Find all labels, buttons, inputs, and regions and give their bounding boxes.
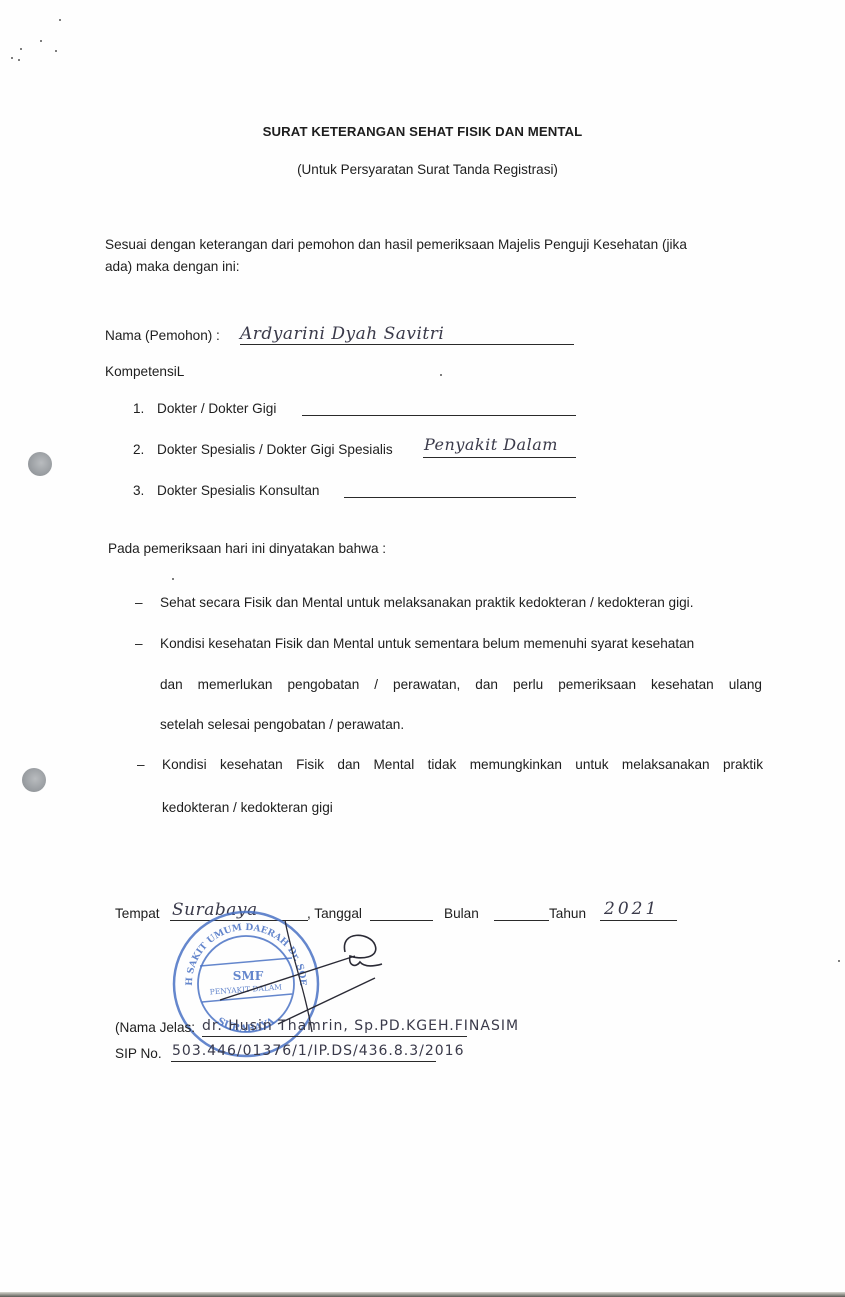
scan-speck — [59, 19, 61, 21]
intro-line-1: Sesuai dengan keterangan dari pemohon da… — [105, 237, 687, 252]
place-label: Tempat — [115, 906, 160, 921]
scanned-document-page: SURAT KETERANGAN SEHAT FISIK DAN MENTAL … — [0, 0, 845, 1297]
scan-speck — [18, 59, 20, 61]
document-title: SURAT KETERANGAN SEHAT FISIK DAN MENTAL — [0, 124, 845, 139]
competency-3-label: Dokter Spesialis Konsultan — [157, 483, 319, 498]
statement-2-line-2: dan memerlukan pengobatan / perawatan, d… — [160, 677, 762, 692]
year-underline — [600, 920, 677, 921]
document-subtitle: (Untuk Persyaratan Surat Tanda Registras… — [0, 162, 845, 177]
competency-3-number: 3. — [133, 483, 144, 498]
statement-1-line-1: Sehat secara Fisik dan Mental untuk mela… — [160, 595, 693, 610]
scan-speck — [11, 57, 13, 59]
scan-speck — [440, 374, 442, 376]
statement-2-bullet: – — [135, 636, 143, 651]
competency-1-label: Dokter / Dokter Gigi — [157, 401, 276, 416]
scan-speck — [20, 48, 22, 50]
statement-3-bullet: – — [137, 757, 145, 772]
competency-2-number: 2. — [133, 442, 144, 457]
intro-line-2: ada) maka dengan ini: — [105, 259, 240, 274]
scan-speck — [172, 578, 174, 580]
scan-speck — [55, 50, 57, 52]
competency-label: KompetensiL — [105, 364, 184, 379]
punch-hole — [28, 452, 52, 476]
statement-2-line-3: setelah selesai pengobatan / perawatan. — [160, 717, 404, 732]
competency-2-field[interactable]: Penyakit Dalam — [424, 435, 558, 454]
statement-3-line-1: Kondisi kesehatan Fisik dan Mental tidak… — [162, 757, 763, 772]
sip-field[interactable]: 503.446/01376/1/IP.DS/436.8.3/2016 — [172, 1043, 465, 1059]
competency-2-label: Dokter Spesialis / Dokter Gigi Spesialis — [157, 442, 393, 457]
full-name-field[interactable]: dr. Husin Thamrin, Sp.PD.KGEH.FINASIM — [202, 1018, 519, 1034]
competency-1-number: 1. — [133, 401, 144, 416]
statement-2-line-1: Kondisi kesehatan Fisik dan Mental untuk… — [160, 636, 694, 651]
year-field[interactable]: 2021 — [604, 899, 659, 919]
sip-underline — [171, 1061, 436, 1062]
scan-bottom-edge — [0, 1292, 845, 1297]
name-field[interactable]: Ardyarini Dyah Savitri — [240, 324, 444, 344]
scan-speck — [838, 960, 840, 962]
full-name-label: (Nama Jelas: — [115, 1020, 195, 1035]
sip-label: SIP No. — [115, 1046, 162, 1061]
scan-speck — [40, 40, 42, 42]
competency-1-underline — [302, 415, 576, 416]
punch-hole — [22, 768, 46, 792]
name-underline — [240, 344, 574, 345]
year-label: Tahun — [549, 906, 586, 921]
month-underline — [494, 920, 549, 921]
statement-3-line-2: kedokteran / kedokteran gigi — [162, 800, 333, 815]
competency-2-underline — [423, 457, 576, 458]
statement-1-bullet: – — [135, 595, 143, 610]
exam-statement: Pada pemeriksaan hari ini dinyatakan bah… — [108, 541, 386, 556]
name-label: Nama (Pemohon) : — [105, 328, 220, 343]
full-name-underline — [202, 1036, 467, 1037]
month-label: Bulan — [444, 906, 479, 921]
competency-3-underline — [344, 497, 576, 498]
